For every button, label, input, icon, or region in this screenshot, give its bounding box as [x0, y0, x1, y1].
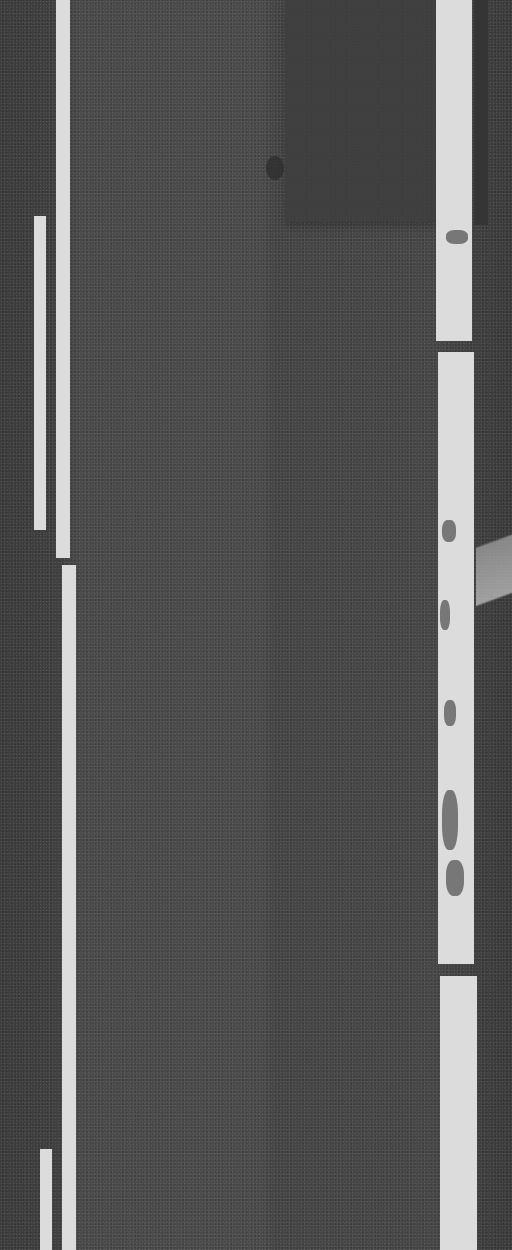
marking-wear — [446, 230, 468, 244]
marking-wear — [440, 600, 450, 630]
right-line-segment-3 — [440, 976, 477, 1250]
road-surface — [0, 0, 512, 1250]
left-dash-line-lower — [40, 1149, 52, 1250]
left-solid-line-upper — [56, 0, 70, 558]
left-dash-line-upper — [34, 216, 46, 530]
marking-wear — [444, 700, 456, 726]
left-solid-line-lower — [62, 565, 76, 1250]
chevron-marking — [476, 465, 512, 685]
marking-wear — [442, 790, 458, 850]
repair-patch — [286, 0, 436, 222]
marking-wear — [446, 860, 464, 896]
repair-patch-edge — [474, 0, 488, 225]
marking-wear — [442, 520, 456, 542]
right-line-segment-1 — [436, 0, 472, 341]
surface-stain — [266, 156, 284, 180]
